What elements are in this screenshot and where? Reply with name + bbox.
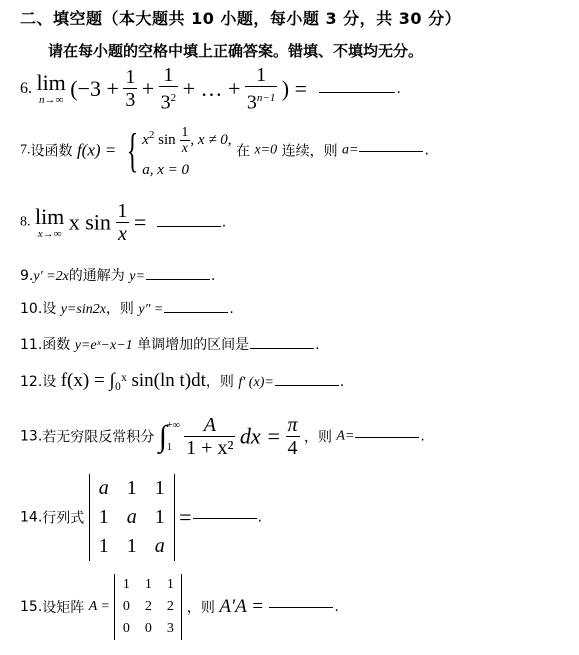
answer-var: y″ = bbox=[138, 302, 163, 317]
period: . bbox=[340, 374, 344, 390]
condition: x=0 bbox=[254, 143, 277, 158]
integral-expr: f(x) = ∫₀ˣ sin(ln t)dt bbox=[61, 370, 206, 391]
equals: = bbox=[134, 210, 146, 235]
answer-var: f′ (x)= bbox=[238, 375, 273, 390]
question-number: 15. bbox=[20, 599, 42, 615]
question-text: 设矩阵 bbox=[42, 600, 84, 616]
fraction: 1x bbox=[115, 200, 129, 245]
question-text: 若无穷限反常积分 bbox=[42, 430, 154, 446]
question-text: ，则 bbox=[304, 430, 332, 446]
question-11: 11.函数 y=eˣ−x−1 单调增加的区间是. bbox=[20, 334, 320, 354]
integrand: A1 + x² bbox=[184, 414, 235, 459]
period: . bbox=[420, 429, 424, 445]
question-text: 的通解为 bbox=[69, 268, 125, 284]
matrix-label: A = bbox=[89, 599, 110, 614]
question-6: 6. limn→∞ (−3 + 13 + 132 + … + 13n−1 ) =… bbox=[20, 64, 401, 114]
matrix: 111 022 003 bbox=[114, 574, 182, 640]
fraction-1: 13 bbox=[123, 66, 137, 111]
answer-var: A= bbox=[336, 429, 354, 444]
question-text: ，则 bbox=[206, 374, 234, 390]
expr-close: ) = bbox=[282, 76, 307, 101]
question-text: ，则 bbox=[187, 600, 215, 616]
answer-blank[interactable] bbox=[319, 91, 395, 93]
answer-blank[interactable] bbox=[269, 606, 333, 608]
question-text: 连续，则 bbox=[282, 144, 338, 160]
period: . bbox=[334, 599, 338, 615]
question-text: 设函数 bbox=[31, 144, 73, 160]
period: . bbox=[315, 337, 319, 353]
question-number: 13. bbox=[20, 429, 42, 445]
piecewise-cases: x2 sin 1x, x ≠ 0, a, x = 0 bbox=[142, 118, 231, 183]
question-number: 14. bbox=[20, 510, 42, 526]
period: . bbox=[222, 215, 226, 231]
dx: dx = bbox=[240, 424, 281, 449]
answer-blank[interactable] bbox=[157, 225, 221, 227]
period: . bbox=[211, 268, 215, 284]
question-text: 单调增加的区间是 bbox=[137, 337, 249, 353]
answer-blank[interactable] bbox=[275, 384, 339, 386]
dots: + … + bbox=[183, 76, 241, 101]
section-title: 二、填空题（本大题共 10 小题，每小题 3 分，共 30 分） bbox=[20, 6, 461, 29]
question-text: 设 bbox=[42, 301, 56, 317]
question-number: 6. bbox=[20, 80, 32, 97]
limit: limx→∞ bbox=[35, 206, 64, 240]
period: . bbox=[424, 143, 428, 159]
question-number: 9. bbox=[20, 268, 33, 284]
answer-blank[interactable] bbox=[146, 278, 210, 280]
expr: y′ =2x bbox=[33, 269, 68, 284]
question-text: 行列式 bbox=[42, 511, 84, 527]
answer-var: y= bbox=[129, 269, 145, 284]
determinant: a11 1a1 11a bbox=[89, 474, 175, 561]
question-number: 11. bbox=[20, 337, 42, 353]
expr: x sin bbox=[69, 210, 111, 235]
period: . bbox=[229, 301, 233, 317]
question-number: 8. bbox=[20, 215, 31, 230]
answer-blank[interactable] bbox=[164, 311, 228, 313]
function-label: f(x) = bbox=[77, 141, 116, 160]
limit: limn→∞ bbox=[36, 72, 65, 106]
expr: y=sin2x bbox=[61, 302, 106, 317]
answer-var: a= bbox=[342, 143, 358, 158]
question-10: 10.设 y=sin2x，则 y″ =. bbox=[20, 298, 234, 318]
question-text: 设 bbox=[42, 374, 56, 390]
question-14: 14.行列式 a11 1a1 11a =. bbox=[20, 474, 262, 561]
question-12: 12.设 f(x) = ∫₀ˣ sin(ln t)dt，则 f′ (x)=. bbox=[20, 370, 344, 392]
question-number: 10. bbox=[20, 301, 42, 317]
expr: A′A = bbox=[219, 596, 264, 617]
question-8: 8. limx→∞ x sin 1x = . bbox=[20, 200, 226, 245]
answer-blank[interactable] bbox=[359, 150, 423, 152]
fraction-3: 13n−1 bbox=[245, 64, 277, 114]
period: . bbox=[396, 81, 400, 97]
left-brace-icon: { bbox=[126, 121, 138, 181]
integral-sign-icon: ∫ +∞1 bbox=[159, 415, 180, 459]
question-9: 9.y′ =2x的通解为 y=. bbox=[20, 265, 215, 285]
fraction-2: 132 bbox=[159, 64, 179, 114]
period: . bbox=[258, 510, 262, 526]
question-number: 12. bbox=[20, 374, 42, 390]
question-text: 函数 bbox=[42, 337, 70, 353]
question-number: 7. bbox=[20, 143, 31, 158]
expr: y=eˣ−x−1 bbox=[75, 338, 133, 353]
section-instruction: 请在每小题的空格中填上正确答案。错填、不填均无分。 bbox=[48, 40, 423, 61]
plus: + bbox=[142, 76, 154, 101]
equals: = bbox=[179, 505, 191, 530]
answer-blank[interactable] bbox=[250, 347, 314, 349]
rhs-fraction: π4 bbox=[285, 414, 299, 459]
question-13: 13.若无穷限反常积分 ∫ +∞1 A1 + x² dx = π4 ，则 A=. bbox=[20, 414, 425, 459]
question-15: 15.设矩阵 A = 111 022 003 ，则 A′A = . bbox=[20, 574, 339, 640]
answer-blank[interactable] bbox=[193, 517, 257, 519]
question-7: 7.设函数 f(x) = { x2 sin 1x, x ≠ 0, a, x = … bbox=[20, 118, 429, 183]
question-text: ，则 bbox=[106, 301, 134, 317]
answer-blank[interactable] bbox=[355, 436, 419, 438]
question-text: 在 bbox=[236, 144, 250, 160]
expr-open: (−3 + bbox=[70, 76, 119, 101]
